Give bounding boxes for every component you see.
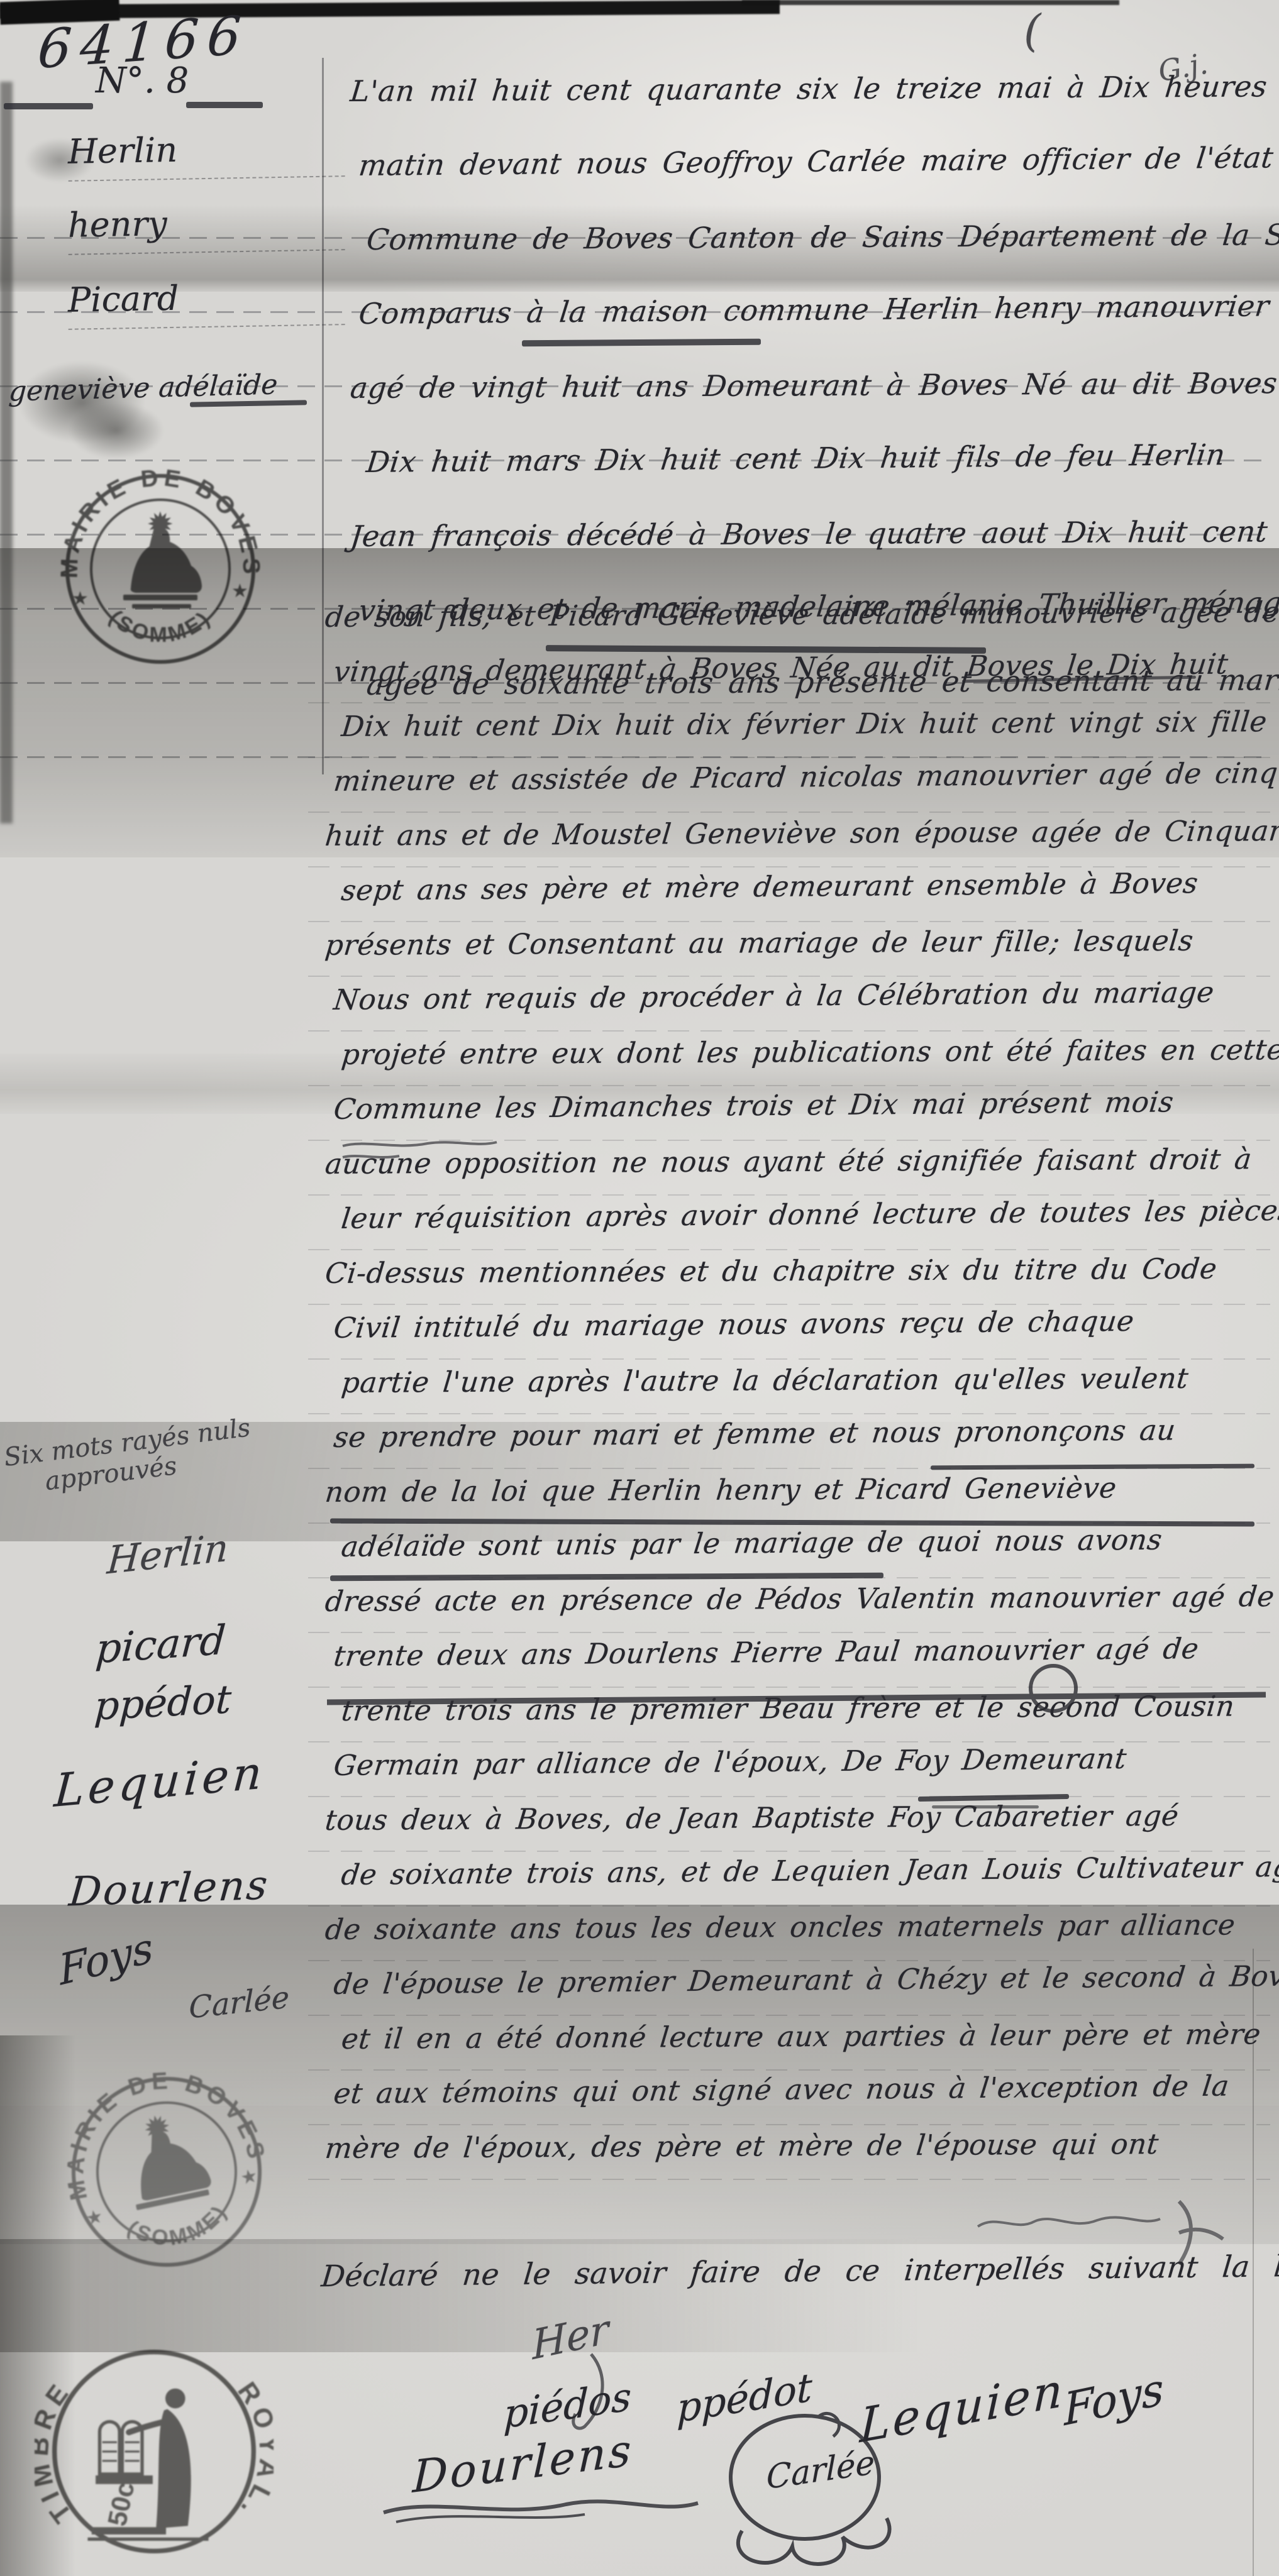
body-line: Comparus à la maison commune Herlin henr… (353, 287, 1279, 371)
scanned-marriage-record-page: 64166 N°. 8 Herlin henry Picard genevièv… (0, 0, 1279, 2576)
signature-mayor-circled (698, 2411, 950, 2576)
body-line: de soixante ans tous les deux oncles mat… (321, 1907, 1279, 1968)
underline-de-foy-second (932, 1805, 1039, 1808)
act-number: N°. 8 (96, 60, 189, 101)
body-line: Civil intitulé du mariage nous avons reç… (329, 1302, 1279, 1366)
stamp-caption-illegible (132, 604, 191, 608)
ink-smudge (69, 402, 163, 459)
crossed-out-fragment (340, 1128, 503, 1172)
signature-witness-foy-paraph: Foys (1063, 2363, 1165, 2436)
seal-arc-text-bottom: (SOMME) (104, 605, 216, 647)
page-edge-shadow (0, 82, 13, 823)
scan-top-black-band (742, 0, 1119, 5)
heavy-ink-rule-with-loop (324, 1660, 1273, 1729)
mairie-de-boves-seal-lower: MAIRIE DE BOVES (SOMME) ★ ★ ✹ (43, 2049, 289, 2294)
body-line: présents et Consentant au mariage de leu… (321, 923, 1279, 983)
body-line: agé de vingt huit ans Domeurant à Boves … (345, 365, 1279, 445)
body-line: Germain par alliance de l'époux, De Foy … (329, 1740, 1279, 1803)
margin-note: Six mots rayés nuls approuvés (3, 1413, 255, 1500)
star-icon: ★ (72, 588, 89, 609)
body-line: dressé acte en présence de Pédos Valenti… (321, 1579, 1279, 1639)
body-line: Jean françois décédé à Boves le quatre a… (345, 514, 1279, 593)
body-line: Ci-dessus mentionnées et du chapitre six… (321, 1251, 1279, 1311)
body-line: Dix huit cent Dix huit dix février Dix h… (338, 705, 1279, 764)
margin-name-bride-surname: Picard (67, 275, 345, 330)
body-line: matin devant nous Geoffroy Carlée maire … (353, 139, 1279, 223)
body-line: tous deux à Boves, de Jean Baptiste Foy … (321, 1798, 1279, 1858)
body-line: et aux témoins qui ont signé avec nous à… (329, 2068, 1279, 2132)
body-line: mineure et assistée de Picard nicolas ma… (329, 756, 1279, 819)
margin-signature-mayor: Carlée (189, 1979, 289, 2025)
illegible-interline-scribble (972, 2195, 1242, 2271)
body-line: huit ans et de Moustel Geneviève son épo… (321, 813, 1279, 874)
star-icon: ★ (84, 2206, 105, 2230)
stray-pen-curl: ( (1024, 5, 1041, 57)
body-line: Nous ont requis de procéder à la Célébra… (329, 974, 1279, 1038)
body-paragraph-lower: de son fils; et Picard Geneviève adélaïd… (327, 600, 1279, 2186)
body-line: de soixante trois ans, et de Lequien Jea… (337, 1849, 1279, 1913)
signature-dourlens-flourish (377, 2491, 704, 2528)
body-line: de l'épouse le premier Demeurant à Chézy… (329, 1959, 1279, 2022)
body-line: Commune de Boves Canton de Sains Départe… (361, 217, 1279, 297)
timbre-royal-stamp: TIMBRE ROYAL. 50c (35, 2332, 274, 2571)
body-line: L'an mil huit cent quarante six le treiz… (345, 69, 1279, 148)
star-icon: ★ (238, 2165, 259, 2189)
margin-signature-dourlens: Dourlens (67, 1862, 271, 1915)
svg-text:(SOMME): (SOMME) (104, 605, 216, 647)
stamp-value: 50c (102, 2479, 140, 2529)
star-icon: ★ (231, 581, 248, 602)
margin-signature-picard: picard (94, 1617, 228, 1673)
act-number-dash-left (4, 103, 93, 109)
mairie-de-boves-seal: MAIRIE DE BOVES (SOMME) ★ ★ ✹ (57, 465, 264, 673)
body-line: sept ans ses père et mère demeurant ense… (337, 865, 1279, 928)
margin-signature-lequien: Lequien (53, 1746, 268, 1817)
margin-signature-herlin: Herlin (106, 1526, 230, 1583)
body-line: leur réquisition après avoir donné lectu… (337, 1193, 1279, 1257)
body-line: partie l'une après l'autre la déclaratio… (338, 1361, 1279, 1421)
seated-marianne-figure (123, 520, 202, 608)
body-line: projeté entre eux dont les publications … (338, 1033, 1279, 1093)
stamp-outer-ring (55, 2352, 254, 2551)
body-line: Dix huit mars Dix huit cent Dix huit fil… (360, 436, 1279, 519)
margin-name-groom-firstname: henry (67, 201, 345, 255)
body-line: mère de l'époux, des père et mère de l'é… (321, 2126, 1279, 2186)
margin-name-groom-surname: Herlin (67, 127, 345, 182)
margin-signature-foy-paraph: Foys (57, 1923, 155, 1995)
body-line: et il en a été donné lecture aux parties… (338, 2017, 1279, 2077)
act-number-dash-right (186, 102, 263, 108)
margin-signature-ppedot: ppédot (93, 1676, 233, 1729)
